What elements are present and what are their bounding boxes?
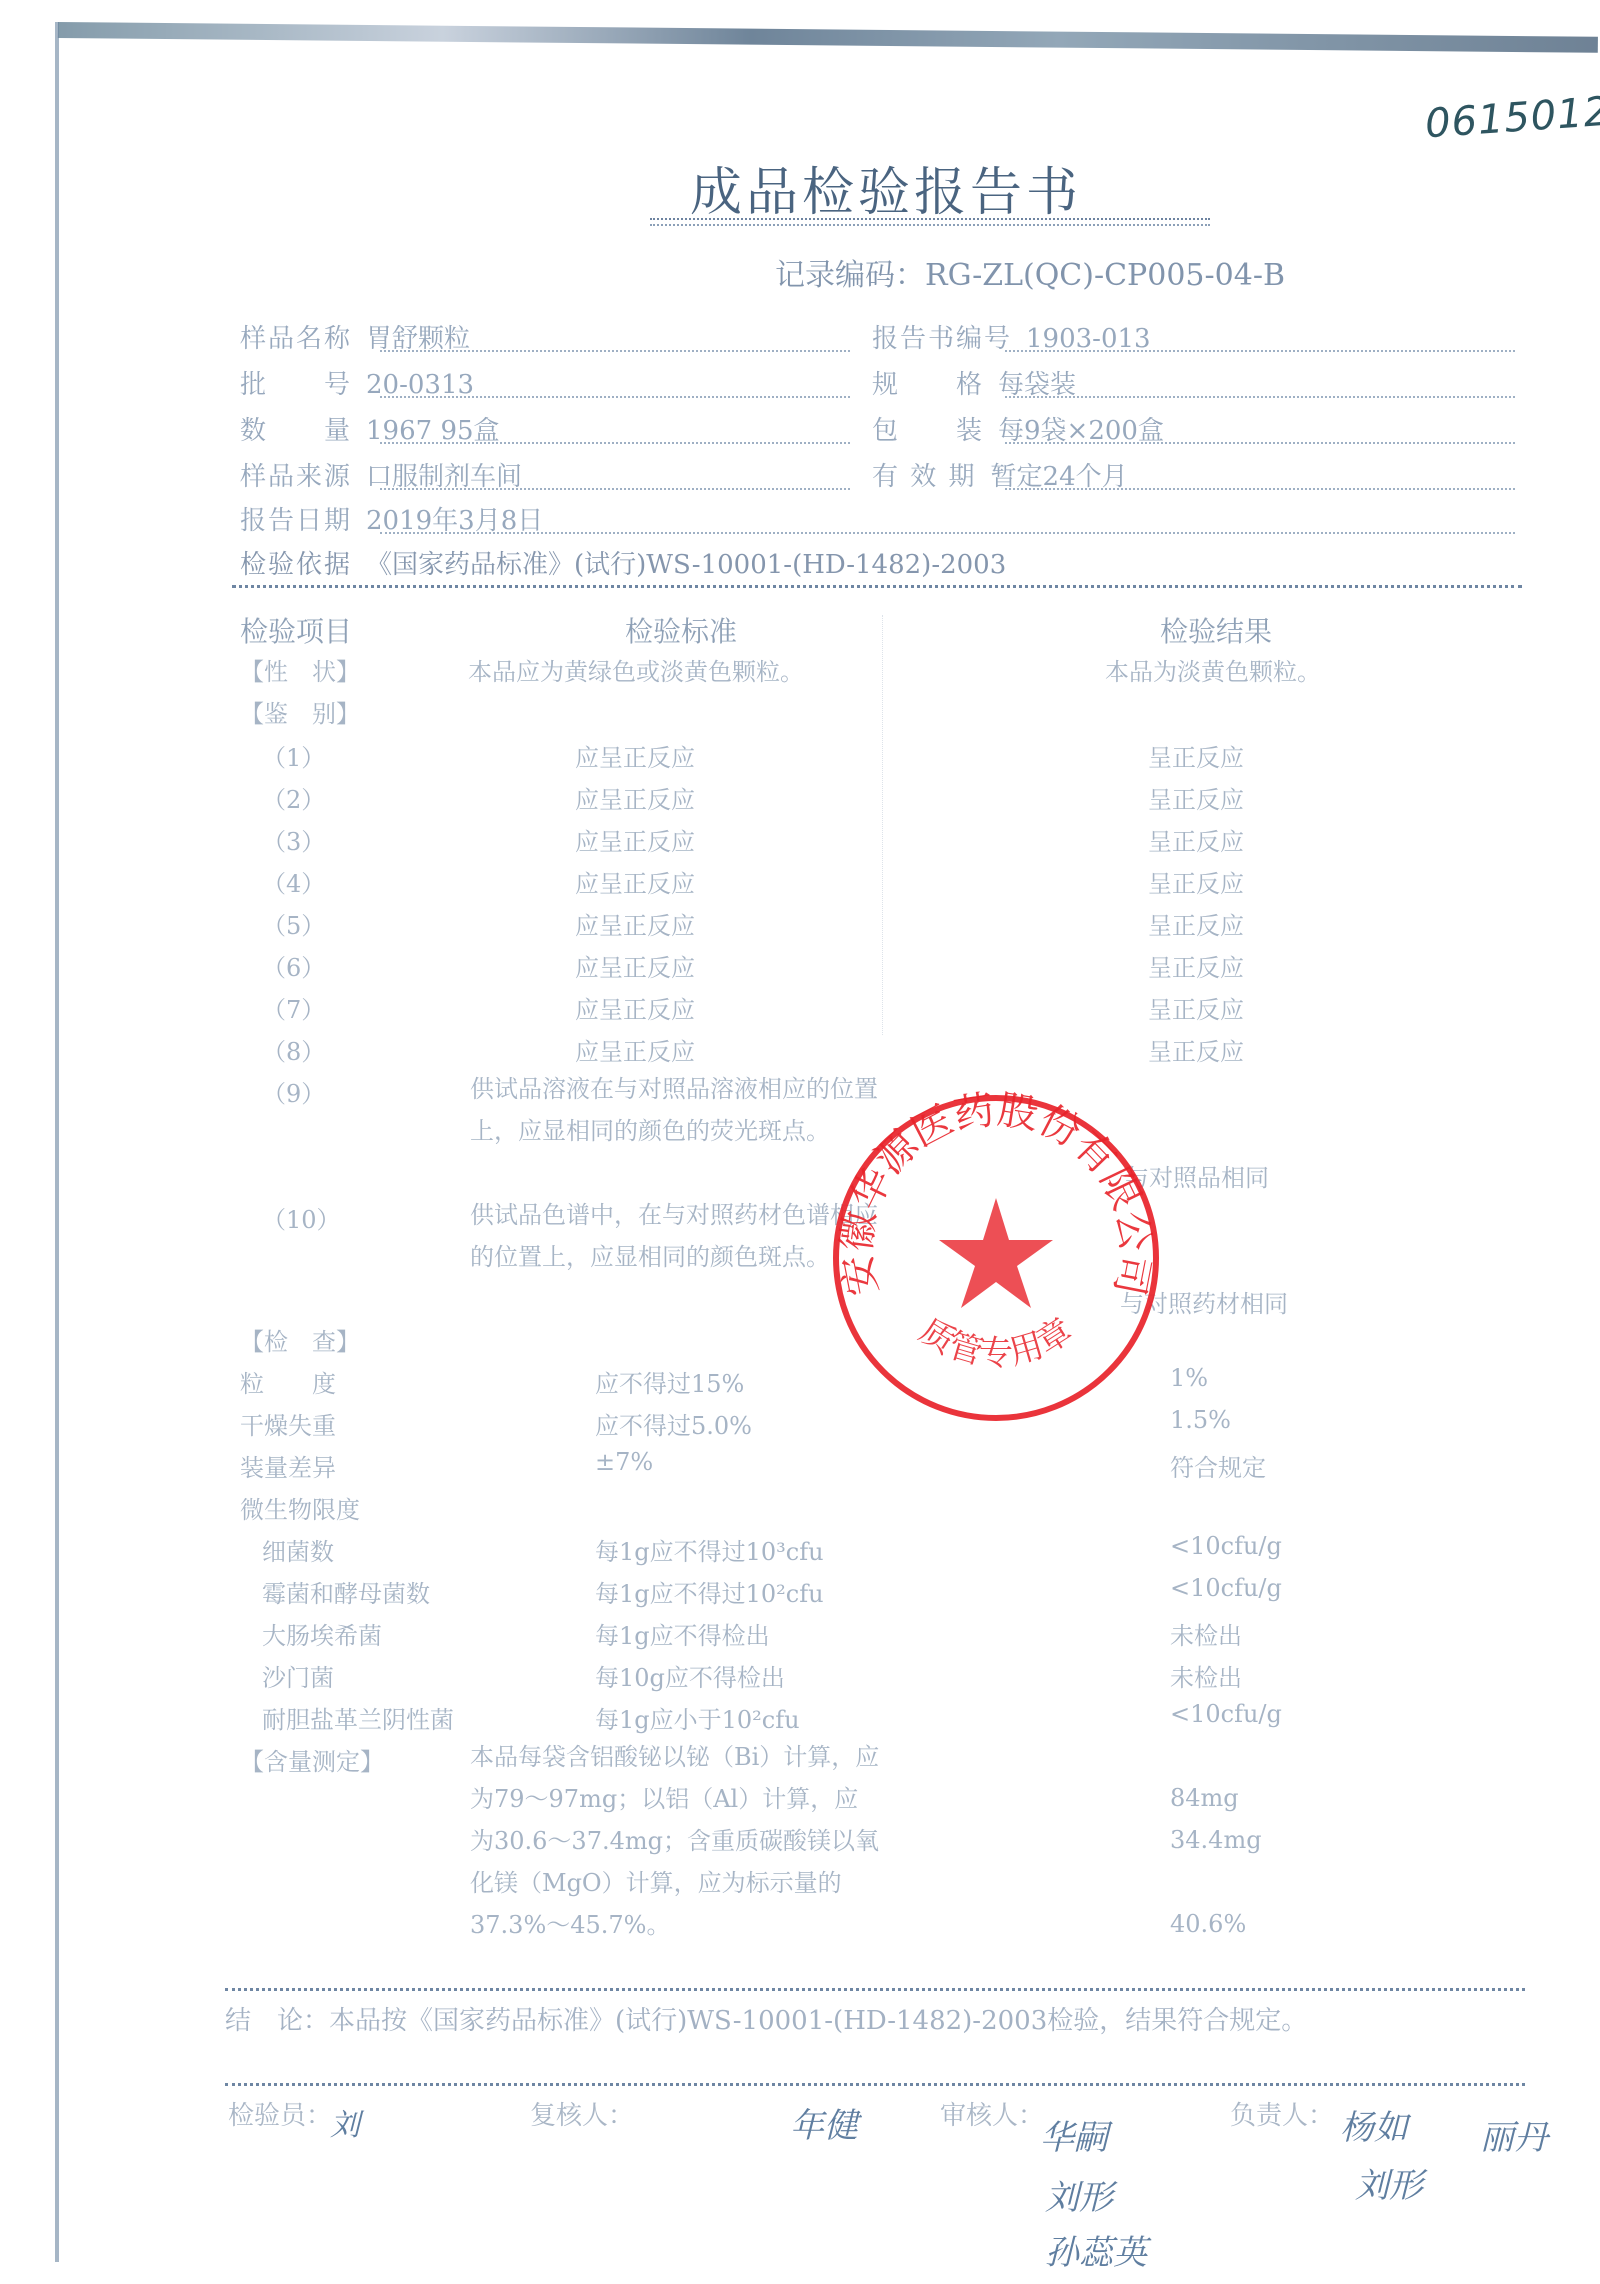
qa-signature-2: 刘形 xyxy=(1045,2170,1113,2219)
row-result: 呈正反应 xyxy=(1148,822,1244,857)
info-line xyxy=(1005,350,1515,352)
row-result: 34.4mg xyxy=(1170,1826,1262,1854)
reviewer-signature: 年健 xyxy=(790,2098,858,2147)
inspector-label: 检验员： xyxy=(228,2095,332,2132)
row-standard: 应不得过5.0% xyxy=(595,1406,752,1441)
row-item: 微生物限度 xyxy=(240,1490,360,1525)
info-line xyxy=(1005,396,1515,398)
record-code: 记录编码：RG-ZL(QC)-CP005-04-B xyxy=(775,250,1285,294)
divider xyxy=(225,1988,1525,1991)
row-result: 未检出 xyxy=(1170,1658,1242,1693)
column-divider xyxy=(882,615,883,1035)
row-item: （7） xyxy=(262,990,325,1025)
row-standard: ±7% xyxy=(595,1448,653,1476)
row-item: （9） xyxy=(262,1074,325,1109)
scan-artifact-left xyxy=(55,22,59,2262)
row-item: （1） xyxy=(262,738,325,773)
approver-label: 负责人： xyxy=(1230,2095,1334,2132)
info-line xyxy=(1005,442,1515,444)
title-underline xyxy=(650,218,1210,226)
row-item: 大肠埃希菌 xyxy=(262,1616,382,1651)
row-item: 耐胆盐革兰阴性菌 xyxy=(262,1700,454,1735)
info-line xyxy=(380,488,850,490)
row-standard: 每10g应不得检出 xyxy=(595,1658,785,1693)
header-standard: 检验标准 xyxy=(625,610,737,650)
row-result: <10cfu/g xyxy=(1170,1532,1282,1560)
row-standard: 应呈正反应 xyxy=(575,822,695,857)
reviewer-label: 复核人： xyxy=(530,2095,634,2132)
approver-signature-1: 杨如 xyxy=(1340,2100,1408,2149)
row-result: 呈正反应 xyxy=(1148,864,1244,899)
row-standard: 每1g应不得过10²cfu xyxy=(595,1574,824,1609)
row-item: 粒 度 xyxy=(240,1364,336,1399)
conclusion: 结 论：本品按《国家药品标准》(试行)WS-10001-(HD-1482)-20… xyxy=(225,2000,1307,2037)
info-line xyxy=(1005,488,1515,490)
row-item: 细菌数 xyxy=(262,1532,334,1567)
row-standard: 应呈正反应 xyxy=(575,1032,695,1067)
row-standard: 应呈正反应 xyxy=(575,780,695,815)
company-seal-stamp: 安徽华源医药股份有限公司 质管专用章 xyxy=(826,1088,1166,1428)
row-standard: 本品每袋含铝酸铋以铋（Bi）计算，应为79～97mg；以铝（Al）计算，应为30… xyxy=(470,1736,880,1946)
row-item: 沙门菌 xyxy=(262,1658,334,1693)
qa-signature-1: 华嗣 xyxy=(1040,2110,1108,2159)
row-standard: 本品应为黄绿色或淡黄色颗粒。 xyxy=(468,652,804,687)
row-item: （5） xyxy=(262,906,325,941)
row-result: 本品为淡黄色颗粒。 xyxy=(1105,652,1321,687)
row-item: 干燥失重 xyxy=(240,1406,336,1441)
row-result: 呈正反应 xyxy=(1148,1032,1244,1067)
row-result: 呈正反应 xyxy=(1148,906,1244,941)
info-line xyxy=(380,532,1515,534)
row-item: （6） xyxy=(262,948,325,983)
handwritten-code: 0615012 xyxy=(1424,89,1600,148)
row-item: （3） xyxy=(262,822,325,857)
row-standard: 供试品溶液在与对照品溶液相应的位置上，应显相同的颜色的荧光斑点。 xyxy=(470,1068,880,1152)
star-icon xyxy=(939,1198,1053,1308)
row-item: 装量差异 xyxy=(240,1448,336,1483)
approver-signature-2: 刘形 xyxy=(1355,2158,1423,2207)
row-result: <10cfu/g xyxy=(1170,1700,1282,1728)
row-result: 呈正反应 xyxy=(1148,738,1244,773)
row-standard: 应不得过15% xyxy=(595,1364,744,1399)
row-standard: 应呈正反应 xyxy=(575,864,695,899)
row-standard: 应呈正反应 xyxy=(575,948,695,983)
svg-text:质管专用章: 质管专用章 xyxy=(912,1311,1079,1374)
info-line xyxy=(380,350,850,352)
info-line xyxy=(380,396,850,398)
row-standard: 应呈正反应 xyxy=(575,738,695,773)
row-item: （4） xyxy=(262,864,325,899)
row-result: <10cfu/g xyxy=(1170,1574,1282,1602)
row-item: 【检 查】 xyxy=(240,1322,360,1357)
qa-signature-3: 孙蕊英 xyxy=(1045,2225,1147,2274)
info-basis: 检验依据《国家药品标准》(试行)WS-10001-(HD-1482)-2003 xyxy=(240,544,1006,581)
row-standard: 供试品色谱中，在与对照药材色谱相应的位置上，应显相同的颜色斑点。 xyxy=(470,1194,880,1278)
row-item: 【性 状】 xyxy=(240,652,360,687)
row-item: （10） xyxy=(262,1200,341,1235)
row-result: 未检出 xyxy=(1170,1616,1242,1651)
row-item: 霉菌和酵母菌数 xyxy=(262,1574,430,1609)
row-result: 1% xyxy=(1170,1364,1208,1392)
row-item: 【鉴 别】 xyxy=(240,694,360,729)
row-standard: 每1g应不得过10³cfu xyxy=(595,1532,824,1567)
qa-label: 审核人： xyxy=(940,2095,1044,2132)
divider xyxy=(225,2083,1525,2086)
row-item: （2） xyxy=(262,780,325,815)
header-item: 检验项目 xyxy=(240,610,352,650)
row-result: 40.6% xyxy=(1170,1910,1246,1938)
header-result: 检验结果 xyxy=(1160,610,1272,650)
scan-artifact-top xyxy=(58,22,1598,53)
row-standard: 应呈正反应 xyxy=(575,906,695,941)
row-result: 1.5% xyxy=(1170,1406,1231,1434)
row-result: 符合规定 xyxy=(1170,1448,1266,1483)
row-result: 84mg xyxy=(1170,1784,1239,1812)
row-standard: 每1g应不得检出 xyxy=(595,1616,770,1651)
row-standard: 每1g应小于10²cfu xyxy=(595,1700,800,1735)
row-result: 呈正反应 xyxy=(1148,780,1244,815)
inspector-signature: 刘 xyxy=(330,2100,360,2144)
info-line xyxy=(380,442,850,444)
row-item: 【含量测定】 xyxy=(240,1742,384,1777)
page-title: 成品检验报告书 xyxy=(690,150,1082,225)
row-result: 呈正反应 xyxy=(1148,990,1244,1025)
extra-signature: 丽丹 xyxy=(1480,2110,1548,2159)
row-item: （8） xyxy=(262,1032,325,1067)
row-result: 呈正反应 xyxy=(1148,948,1244,983)
divider xyxy=(232,585,1522,588)
row-standard: 应呈正反应 xyxy=(575,990,695,1025)
